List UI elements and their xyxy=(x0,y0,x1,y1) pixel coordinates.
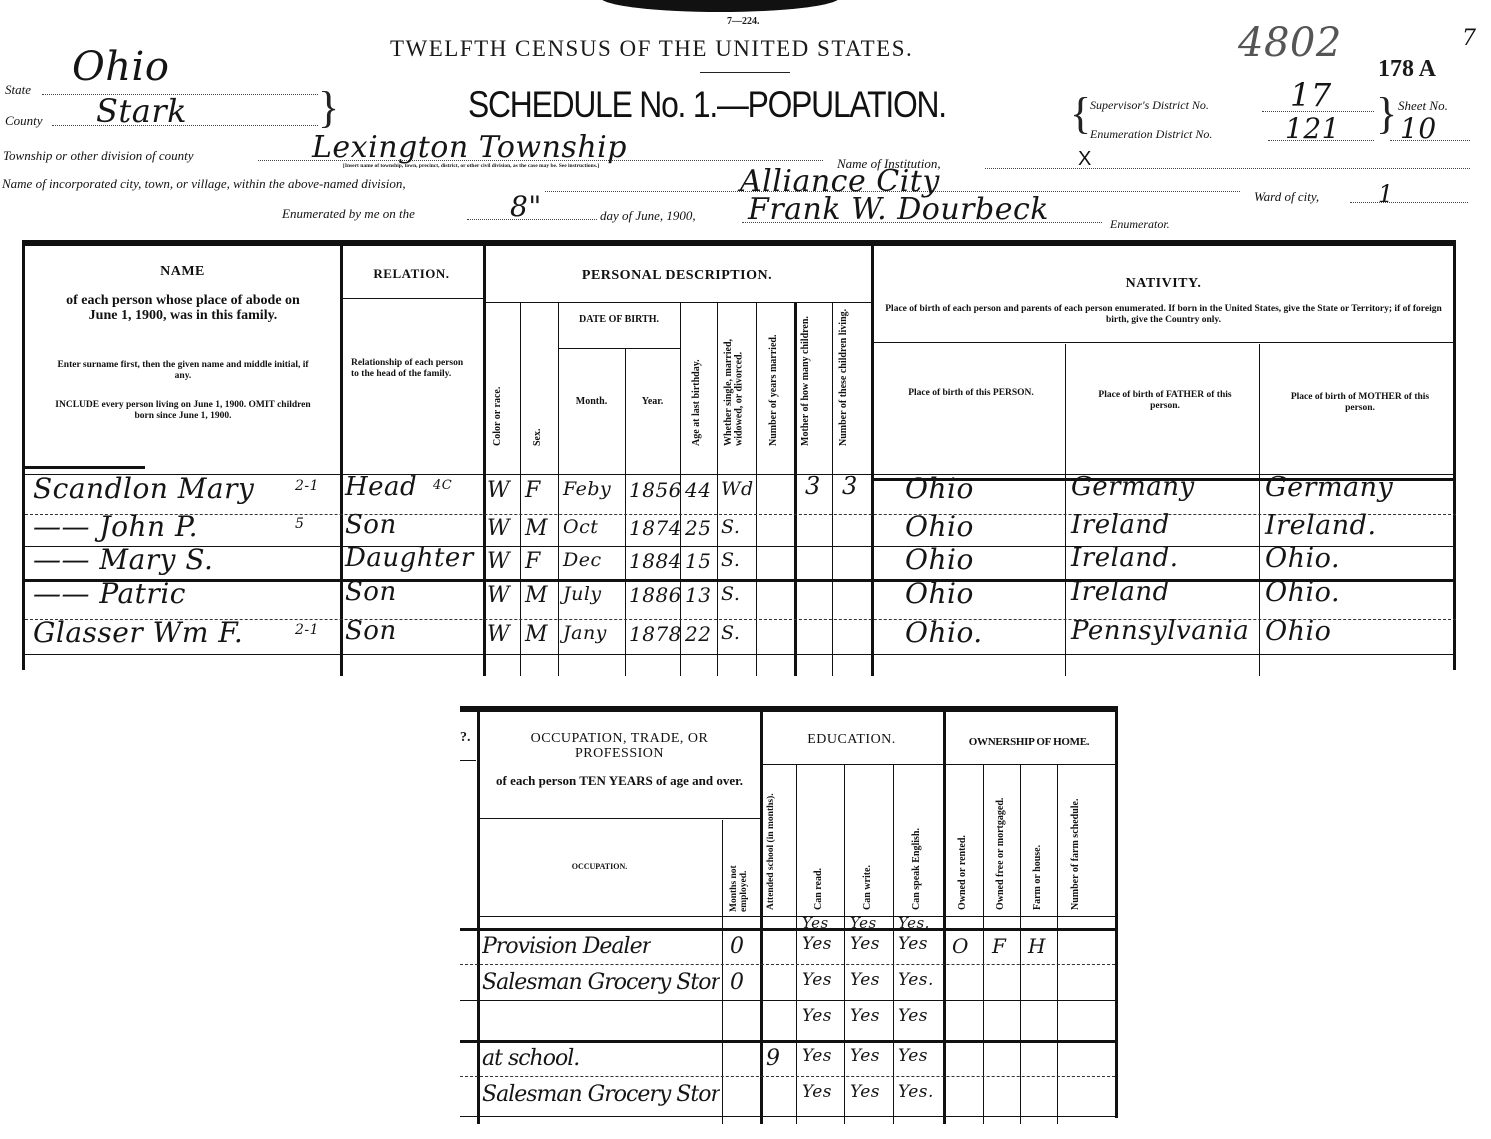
cell-months: 0 xyxy=(730,970,745,995)
census-title: TWELFTH CENSUS OF THE UNITED STATES. xyxy=(390,36,913,62)
cell-name: —— Mary S. xyxy=(33,543,213,576)
cell-marital: S. xyxy=(721,583,740,605)
pob-mother-header: Place of birth of MOTHER of this person. xyxy=(1275,392,1445,414)
cell-write: Yes xyxy=(850,1006,880,1026)
relation-header-title: RELATION. xyxy=(340,266,483,282)
row-divider xyxy=(25,514,1456,515)
cell-annot: 5 xyxy=(295,516,304,532)
cell-free-mortgaged: F xyxy=(992,934,1006,958)
ward-value: 1 xyxy=(1378,180,1394,208)
cell-age: 25 xyxy=(685,516,711,540)
education-header-title: EDUCATION. xyxy=(760,732,943,748)
cell-write: Yes xyxy=(850,1082,880,1102)
cell-pob-father: Ireland xyxy=(1071,577,1170,607)
row-divider xyxy=(460,964,1115,965)
row-divider xyxy=(340,298,483,299)
sex-header: Sex. xyxy=(533,416,544,446)
population-table-2: ?. OCCUPATION, TRADE, OR PROFESSION of e… xyxy=(460,706,1118,1118)
cell-pob-mother: Ireland. xyxy=(1265,510,1377,541)
row-divider xyxy=(760,764,1115,765)
ownership-header-title: OWNERSHIP OF HOME. xyxy=(943,736,1115,748)
year-header: Year. xyxy=(625,396,680,408)
name-header-line2: Enter surname first, then the given name… xyxy=(55,360,311,382)
row-divider xyxy=(477,818,760,819)
can-write-header: Can write. xyxy=(863,858,874,910)
row-divider xyxy=(558,348,680,349)
pob-person-header: Place of birth of this PERSON. xyxy=(901,388,1041,399)
cell-marital: Wd xyxy=(721,478,754,500)
cell-name: —— John P. xyxy=(33,510,198,543)
page-stamp: 178 A xyxy=(1378,56,1436,83)
cell-write: Yes xyxy=(850,1046,880,1066)
cell-pob-mother: Ohio. xyxy=(1265,577,1340,608)
row-divider xyxy=(483,302,871,303)
cell-age: 15 xyxy=(685,549,711,573)
color-header: Color or race. xyxy=(493,386,504,446)
row-divider xyxy=(460,1040,1115,1043)
row-divider xyxy=(25,654,1456,655)
cell-english: Yes. xyxy=(898,1082,934,1102)
owned-free-mortgaged-header: Owned free or mortgaged. xyxy=(996,770,1007,910)
cell-pob-mother: Germany xyxy=(1265,472,1393,503)
attended-header: Attended school (in months). xyxy=(767,770,777,910)
form-number: 7—224. xyxy=(727,16,760,27)
cell-english: Yes xyxy=(898,934,928,954)
farm-house-header: Farm or house. xyxy=(1033,836,1044,910)
cell-pob-father: Germany xyxy=(1071,472,1195,502)
cell-marital: S. xyxy=(721,516,740,538)
sheet-value: 10 xyxy=(1400,112,1437,145)
enumerator-label: Enumerator. xyxy=(1110,217,1170,232)
months-not-employed-header: Months not employed. xyxy=(730,824,750,912)
cell-pob: Ohio xyxy=(905,577,974,610)
cell-english: Yes. xyxy=(898,970,934,990)
occupation-header-title: OCCUPATION, TRADE, OR PROFESSION xyxy=(492,732,747,761)
cell-marital: S. xyxy=(721,549,740,571)
cell-relation: Daughter xyxy=(345,543,474,573)
cell-pob-mother: Ohio xyxy=(1265,616,1331,647)
cell-pob-father: Ireland xyxy=(1071,510,1170,540)
institution-line xyxy=(985,168,1470,169)
county-label: County xyxy=(5,113,43,129)
name-header-line1: of each person whose place of abode on J… xyxy=(53,294,313,323)
institution-value: X xyxy=(1078,148,1091,171)
cell-month: Dec xyxy=(563,549,602,571)
col-divider xyxy=(1020,764,1021,1124)
col-divider xyxy=(844,764,845,1124)
cell-english: Yes xyxy=(898,1046,928,1066)
col-divider xyxy=(722,820,723,1124)
cell-month: Jany xyxy=(563,622,607,644)
marital-header: Whether single, married, widowed, or div… xyxy=(724,308,745,446)
cell-read: Yes xyxy=(802,1006,832,1026)
cell-marital: S. xyxy=(721,622,740,644)
schedule-title: SCHEDULE No. 1.—POPULATION. xyxy=(468,84,946,126)
nativity-header-title: NATIVITY. xyxy=(871,276,1456,292)
cell-relation: Son xyxy=(345,577,397,607)
state-value: Ohio xyxy=(72,44,169,90)
cell-sex: M xyxy=(525,583,548,608)
cell-age: 44 xyxy=(685,478,711,502)
cell-relation: Son xyxy=(345,616,397,646)
cell-sex: F xyxy=(525,549,541,574)
name-header-title: NAME xyxy=(25,264,340,280)
col-divider xyxy=(483,246,486,676)
enumerator-value: Frank W. Dourbeck xyxy=(748,192,1049,227)
pob-father-header: Place of birth of FATHER of this person. xyxy=(1085,390,1245,412)
cell-months: 0 xyxy=(730,934,745,959)
township-value: Lexington Township xyxy=(312,130,627,165)
cell-pob-mother: Ohio. xyxy=(1265,543,1340,574)
dob-header: DATE OF BIRTH. xyxy=(558,314,680,326)
col-divider xyxy=(796,764,797,1124)
mother-of-header: Mother of how many children. xyxy=(801,308,812,446)
cell-color: W xyxy=(487,583,510,608)
row-divider xyxy=(25,546,1456,547)
partial-write: Yes xyxy=(850,914,877,932)
corner-mark: 7 xyxy=(1462,26,1477,51)
row-divider xyxy=(477,916,1115,917)
cell-write: Yes xyxy=(850,934,880,954)
county-value: Stark xyxy=(96,92,187,130)
cell-living: 3 xyxy=(842,472,858,500)
cell-year: 1884 xyxy=(629,549,682,573)
cell-color: W xyxy=(487,549,510,574)
cell-year: 1874 xyxy=(629,516,682,540)
ward-label: Ward of city, xyxy=(1254,189,1319,205)
cell-age: 13 xyxy=(685,583,711,607)
cell-color: W xyxy=(487,622,510,647)
col-divider xyxy=(1057,764,1058,1124)
row-divider xyxy=(460,760,476,761)
cell-color: W xyxy=(487,516,510,541)
cell-month: Oct xyxy=(563,516,598,538)
cell-rel-annot: 4C xyxy=(433,478,452,493)
occupation-col-header: OCCUPATION. xyxy=(477,862,722,871)
cell-pob: Ohio xyxy=(905,543,974,576)
cell-sex: M xyxy=(525,622,548,647)
relation-header-sub: Relationship of each person to the head … xyxy=(351,358,471,380)
row-divider xyxy=(25,579,1456,582)
cell-farm-house: H xyxy=(1028,934,1046,958)
cell-write: Yes xyxy=(850,970,880,990)
children-living-header: Number of these children living. xyxy=(839,308,850,446)
cell-month: Feby xyxy=(563,478,611,500)
district-brace-right: } xyxy=(1376,92,1397,136)
cell-occupation: at school. xyxy=(482,1046,579,1071)
cell-relation: Son xyxy=(345,510,397,540)
age-header: Age at last birthday. xyxy=(692,332,703,446)
cell-name: Glasser Wm F. xyxy=(33,616,243,649)
scan-smudge xyxy=(600,0,840,12)
personal-header-title: PERSONAL DESCRIPTION. xyxy=(483,268,871,284)
title-rule xyxy=(700,72,790,73)
name-header-line3: INCLUDE every person living on June 1, 1… xyxy=(55,400,311,422)
farm-schedule-header: Number of farm schedule. xyxy=(1071,772,1082,910)
district-brace-left: } xyxy=(1070,92,1091,136)
col-divider xyxy=(1065,344,1066,676)
cell-owned-rented: O xyxy=(952,934,969,958)
cell-read: Yes xyxy=(802,1046,832,1066)
cell-sex: F xyxy=(525,478,541,503)
city-label: Name of incorporated city, town, or vill… xyxy=(2,176,406,192)
col-divider xyxy=(943,712,946,1124)
cell-age: 22 xyxy=(685,622,711,646)
cell-mother-of: 3 xyxy=(805,472,821,500)
row-divider xyxy=(460,1076,1115,1077)
township-label: Township or other division of county xyxy=(3,148,194,164)
cell-pob: Ohio xyxy=(905,510,974,543)
row-divider xyxy=(460,1000,1115,1001)
cell-read: Yes xyxy=(802,1082,832,1102)
cell-relation: Head xyxy=(345,472,417,502)
cell-name: Scandlon Mary xyxy=(33,472,254,505)
row-divider xyxy=(460,1116,1115,1117)
enumeration-value: 121 xyxy=(1285,112,1340,145)
cell-occupation: Provision Dealer xyxy=(482,934,651,959)
supervisor-label: Supervisor's District No. xyxy=(1090,98,1209,113)
enumerated-day: 8" xyxy=(510,190,542,223)
cell-color: W xyxy=(487,478,510,503)
population-table-1: NAME of each person whose place of abode… xyxy=(22,240,1456,670)
state-label: State xyxy=(5,82,31,98)
col-divider xyxy=(893,764,894,1124)
cell-attended: 9 xyxy=(766,1046,781,1071)
supervisor-value: 17 xyxy=(1290,76,1332,114)
cell-occupation: Salesman Grocery Store xyxy=(482,1082,720,1107)
col-divider xyxy=(871,246,874,676)
cell-annot: 2-1 xyxy=(295,478,319,494)
enumerated-label: Enumerated by me on the xyxy=(282,206,415,222)
enumerated-suffix: day of June, 1900, xyxy=(600,208,696,224)
owned-rented-header: Owned or rented. xyxy=(958,832,969,910)
cell-year: 1856 xyxy=(629,478,682,502)
cell-pob-father: Ireland. xyxy=(1071,543,1179,573)
month-header: Month. xyxy=(558,396,625,408)
cell-pob-father: Pennsylvania xyxy=(1071,616,1249,646)
partial-english: Yes. xyxy=(898,914,930,932)
col-divider xyxy=(760,712,763,1124)
col-divider xyxy=(340,246,343,676)
row-divider xyxy=(460,928,1115,931)
col-divider xyxy=(983,764,984,1124)
cell-name: —— Patric xyxy=(33,577,186,610)
cell-sex: M xyxy=(525,516,548,541)
cell-annot: 2-1 xyxy=(295,622,319,638)
years-married-header: Number of years married. xyxy=(769,308,780,446)
row-divider xyxy=(25,466,145,469)
cell-pob: Ohio xyxy=(905,472,974,505)
ward-line xyxy=(1350,202,1468,203)
cell-year: 1886 xyxy=(629,583,682,607)
cell-month: July xyxy=(563,583,602,605)
cell-pob: Ohio. xyxy=(905,616,983,649)
can-read-header: Can read. xyxy=(814,862,825,910)
occupation-header-sub: of each person TEN YEARS of age and over… xyxy=(492,774,747,788)
cell-occupation: Salesman Grocery Store xyxy=(482,970,720,995)
partial-read: Yes xyxy=(802,914,829,932)
cell-read: Yes xyxy=(802,934,832,954)
handwritten-ref: 4802 xyxy=(1238,20,1342,66)
can-speak-english-header: Can speak English. xyxy=(912,808,923,910)
township-note: [Insert name of township, town, precinct… xyxy=(343,163,599,169)
cell-read: Yes xyxy=(802,970,832,990)
col-divider xyxy=(477,712,480,1124)
row-divider xyxy=(871,342,1456,343)
nativity-header-desc: Place of birth of each person and parent… xyxy=(881,304,1446,326)
cell-year: 1878 xyxy=(629,622,682,646)
enumeration-label: Enumeration District No. xyxy=(1090,127,1212,142)
cut-column-fragment: ?. xyxy=(460,730,471,746)
state-county-brace: } xyxy=(318,86,339,130)
cell-english: Yes xyxy=(898,1006,928,1026)
col-divider xyxy=(1259,344,1260,676)
